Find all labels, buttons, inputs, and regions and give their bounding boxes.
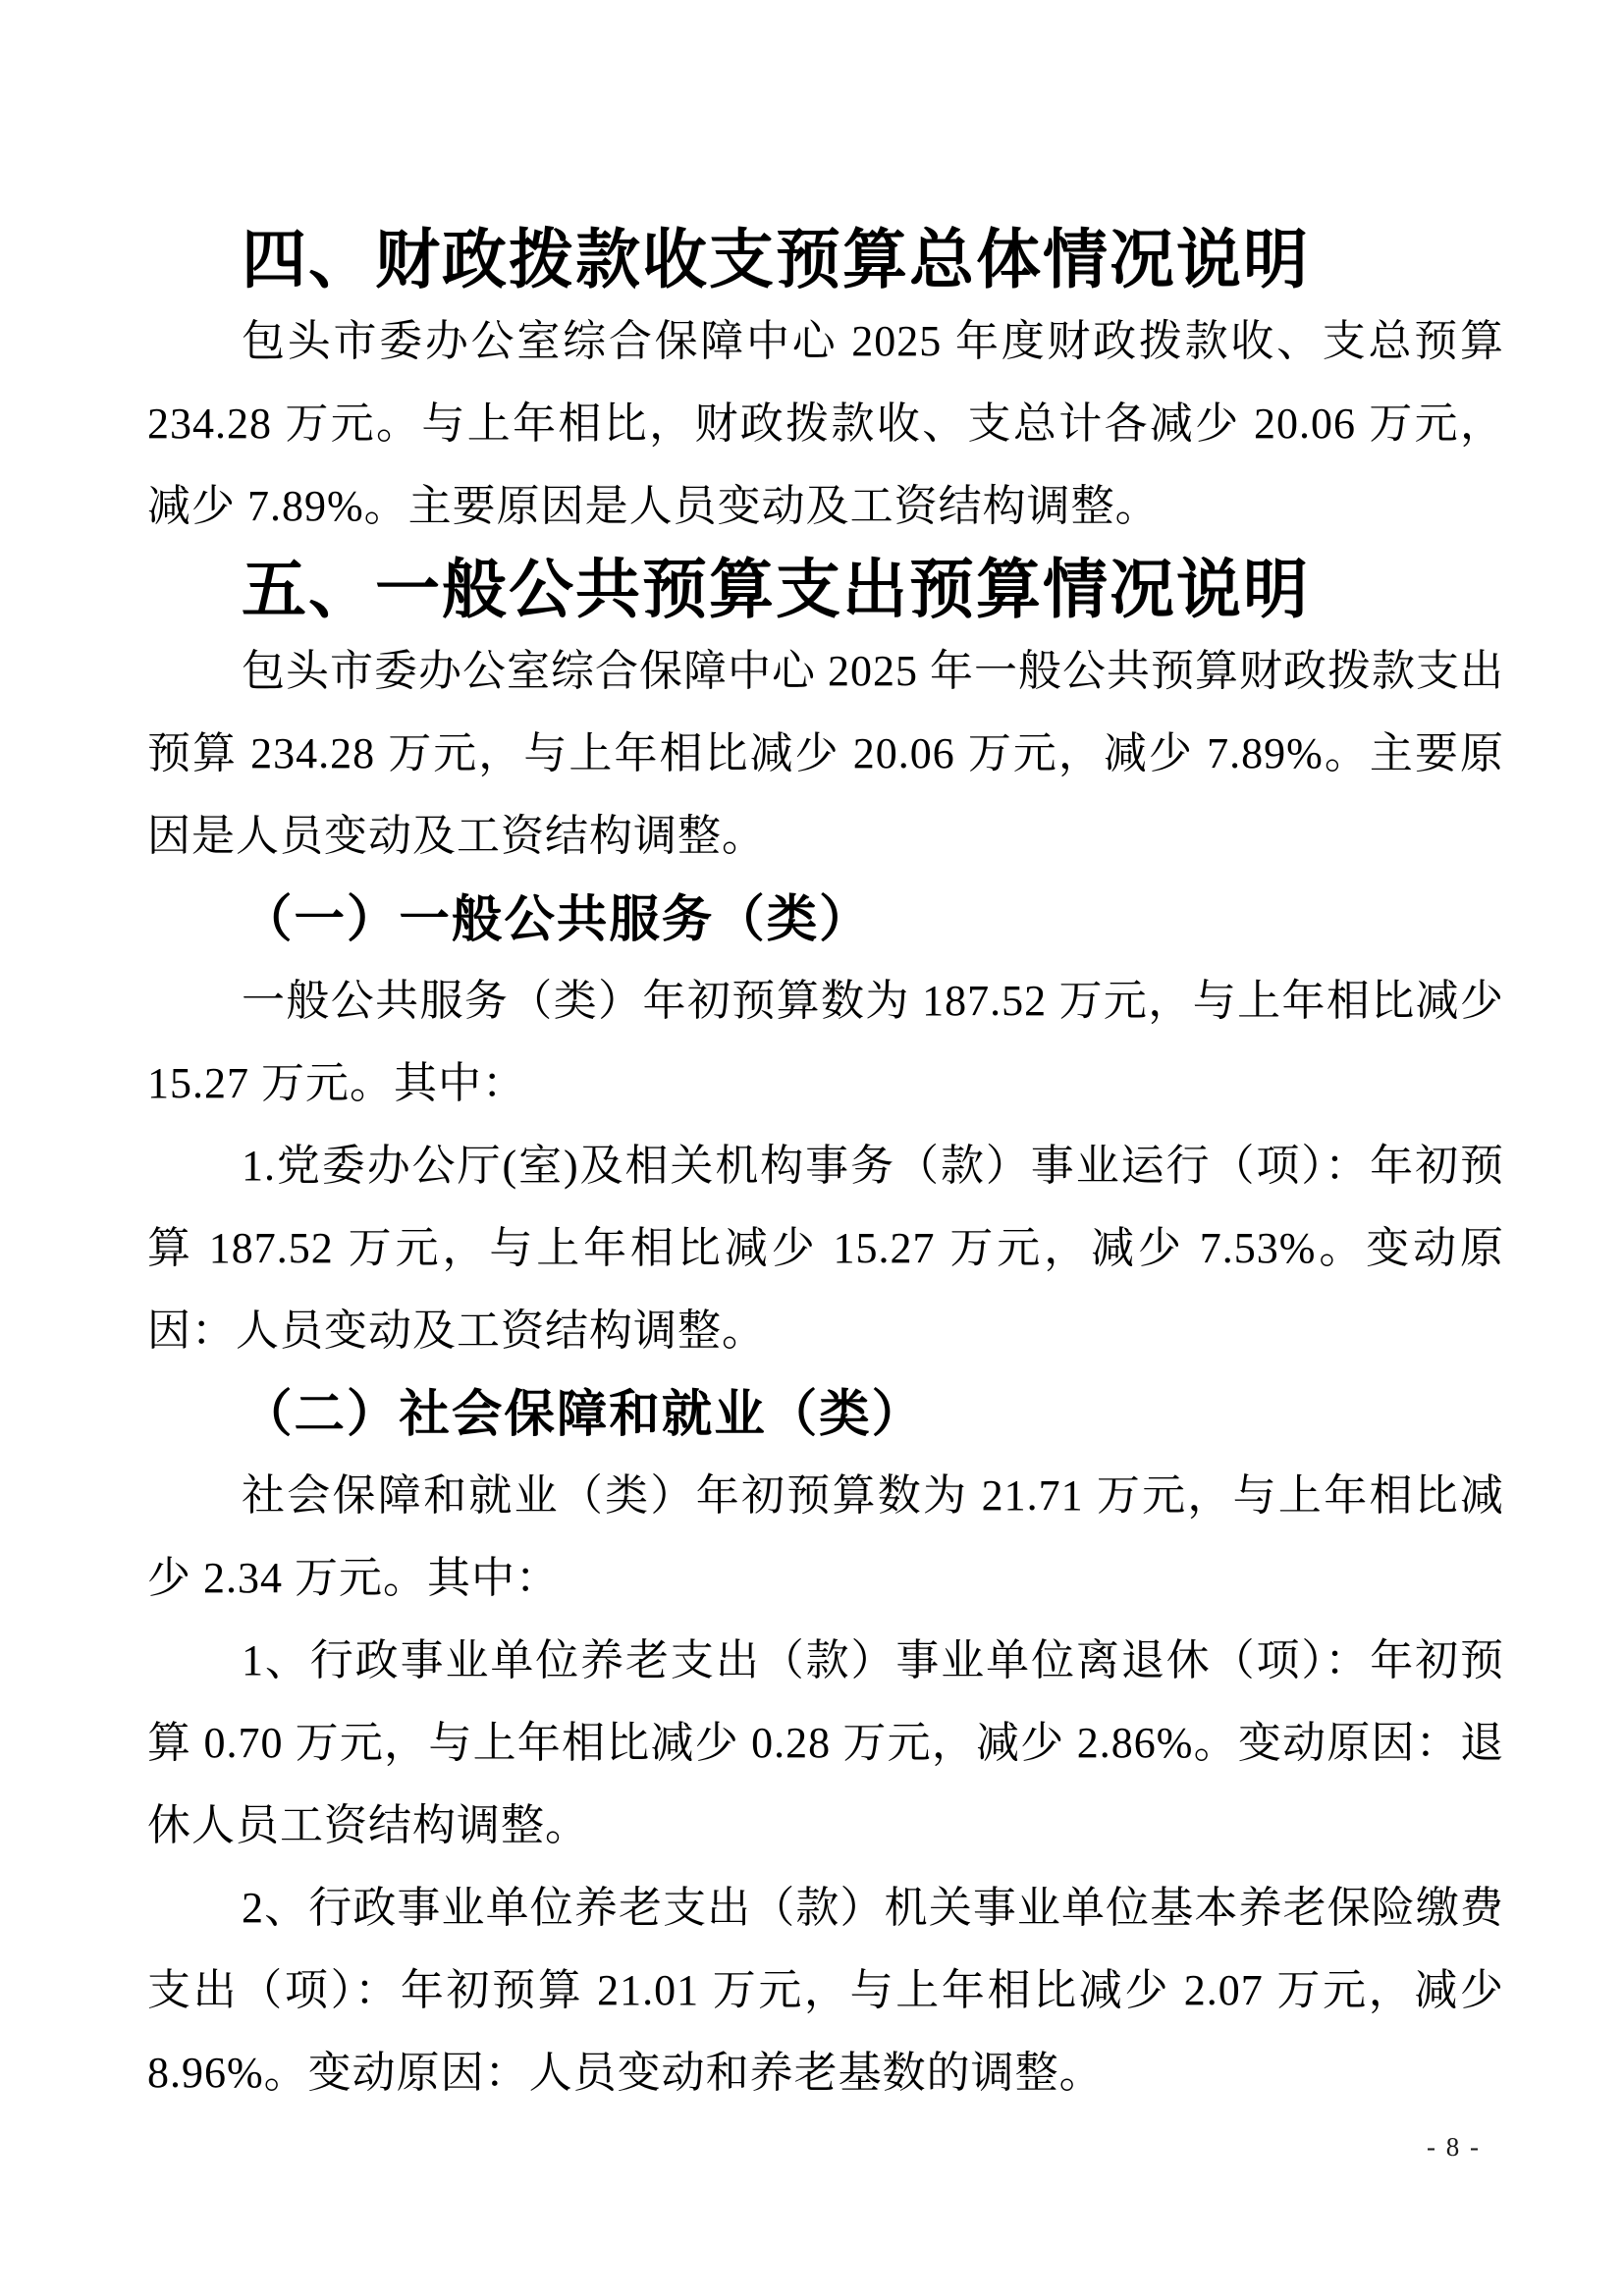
document-body: 四、财政拨款收支预算总体情况说明 包头市委办公室综合保障中心 2025 年度财政…	[147, 218, 1504, 2114]
paragraph-retirement-expenditure: 1、行政事业单位养老支出（款）事业单位离退休（项）：年初预算 0.70 万元，与…	[147, 1620, 1504, 1867]
paragraph-general-public-service: 一般公共服务（类）年初预算数为 187.52 万元，与上年相比减少 15.27 …	[147, 960, 1504, 1125]
page-number: - 8 -	[1427, 2130, 1481, 2163]
subsection-heading-general-public-service: （一）一般公共服务（类）	[147, 878, 1504, 960]
subsection-heading-social-security: （二）社会保障和就业（类）	[147, 1372, 1504, 1455]
paragraph-general-public-budget: 包头市委办公室综合保障中心 2025 年一般公共预算财政拨款支出预算 234.2…	[147, 630, 1504, 878]
paragraph-party-office-operations: 1.党委办公厅(室)及相关机构事务（款）事业运行（项）：年初预算 187.52 …	[147, 1125, 1504, 1372]
paragraph-budget-overview: 包头市委办公室综合保障中心 2025 年度财政拨款收、支总预算 234.28 万…	[147, 300, 1504, 548]
paragraph-social-security: 社会保障和就业（类）年初预算数为 21.71 万元，与上年相比减少 2.34 万…	[147, 1455, 1504, 1620]
document-page: 四、财政拨款收支预算总体情况说明 包头市委办公室综合保障中心 2025 年度财政…	[0, 0, 1624, 2296]
section-heading-five: 五、一般公共预算支出预算情况说明	[147, 548, 1504, 630]
paragraph-pension-insurance: 2、行政事业单位养老支出（款）机关事业单位基本养老保险缴费支出（项）：年初预算 …	[147, 1867, 1504, 2114]
section-heading-four: 四、财政拨款收支预算总体情况说明	[147, 218, 1504, 300]
